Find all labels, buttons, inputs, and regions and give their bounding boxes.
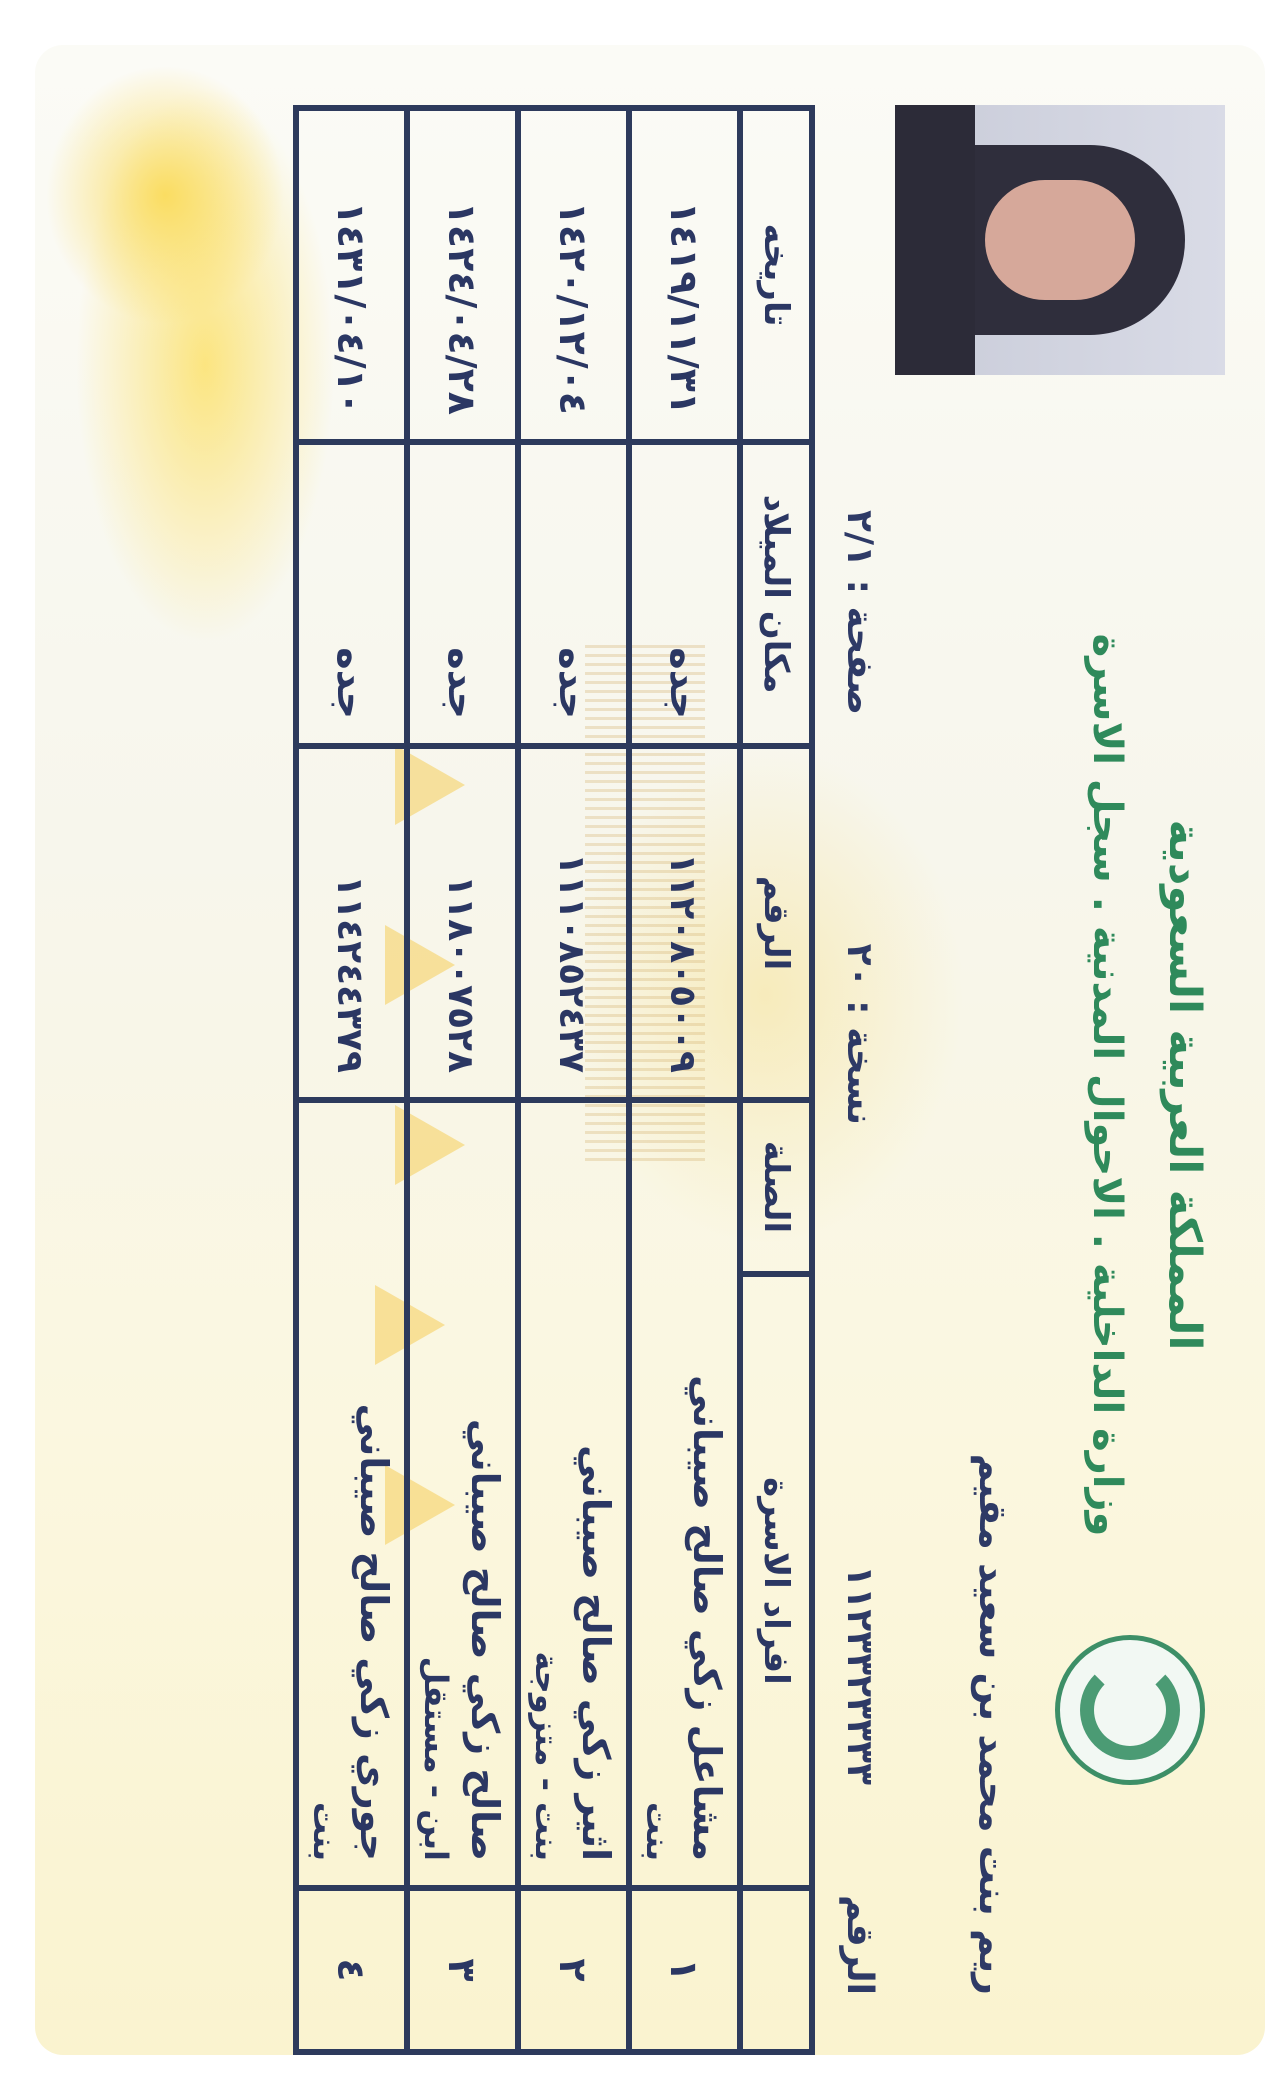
member-status: بنت - متزوجة <box>529 1127 567 1861</box>
registry-number: ١١٢٣٣٢٣٣٣٣ <box>839 1565 880 1785</box>
copy-value: ٢٠ <box>839 944 880 988</box>
member-birthplace: جده <box>629 442 740 746</box>
copy-label: نسخة : <box>839 1000 880 1125</box>
member-birth-date: ١٤٢٠/١٢/٠٤ <box>552 202 596 415</box>
family-members-table: افراد الاسرة الصلة الرقم مكان الميلاد تا… <box>293 105 815 2055</box>
member-birth-date: ١٤١٩/١١/٣١ <box>663 202 707 415</box>
header-family-members: افراد الاسرة <box>740 1274 812 1888</box>
member-id: ١١٤٢٤٤٣٧٩ <box>330 875 371 1073</box>
member-cell: جوري زكي صالح صيباني بنت <box>296 1100 407 1888</box>
row-seq: ٣ <box>407 1888 518 2052</box>
member-status: ابن - مستقل <box>418 1127 456 1861</box>
row-seq: ٤ <box>296 1888 407 2052</box>
ministry-title: وزارة الداخلية . الاحوال المدنية . سجل ا… <box>1084 555 1130 1615</box>
watermark <box>45 65 285 325</box>
family-record-card: المملكة العربية السعودية وزارة الداخلية … <box>35 45 1265 2055</box>
header-birth-date: تاريخه <box>740 108 812 442</box>
member-birthplace: جده <box>296 442 407 746</box>
record-meta: الرقم ١١٢٣٣٢٣٣٣٣ نسخة : ٢٠ صفحة : ٢/١ <box>820 105 880 1995</box>
header-relation: الصلة <box>740 1100 812 1274</box>
id-cell: ١١٤٢٤٤٣٧٩ <box>296 746 407 1100</box>
holder-photo <box>895 105 1225 375</box>
member-cell: مشاعل زكي صالح صيباني بنت <box>629 1100 740 1888</box>
saudi-emblem-icon <box>1055 1635 1205 1785</box>
member-name: جوري زكي صالح صيباني <box>353 1127 397 1861</box>
header-id-number: الرقم <box>740 746 812 1100</box>
country-title: المملكة العربية السعودية <box>1159 635 1210 1535</box>
copy-info: نسخة : ٢٠ <box>839 944 880 1125</box>
table-row: ١ مشاعل زكي صالح صيباني بنت ١١٢٠٨٠٥٠٠٩ ج… <box>629 108 740 2052</box>
member-cell: صالح زكي صالح صيباني ابن - مستقل <box>407 1100 518 1888</box>
id-cell: ١١٨٠٠٧٥٢٨ <box>407 746 518 1100</box>
member-relation: بنت <box>640 1127 678 1861</box>
row-seq: ١ <box>629 1888 740 2052</box>
member-id: ١١١٠٨٥٢٤٣٧ <box>552 853 593 1073</box>
page-value: ٢/١ <box>839 510 880 567</box>
date-cell: ١٤٢٠/١٢/٠٤ <box>518 108 629 442</box>
member-birth-date: ١٤٣١/٠٤/١٠ <box>330 202 374 415</box>
date-cell: ١٤٢٤/٠٤/٢٨ <box>407 108 518 442</box>
id-cell: ١١٢٠٨٠٥٠٠٩ <box>629 746 740 1100</box>
page-label: صفحة : <box>839 580 880 715</box>
header-birthplace: مكان الميلاد <box>740 442 812 746</box>
date-cell: ١٤١٩/١١/٣١ <box>629 108 740 442</box>
member-relation: بنت <box>307 1127 345 1861</box>
page-info: صفحة : ٢/١ <box>839 510 880 715</box>
member-birthplace: جده <box>518 442 629 746</box>
member-birthplace: جده <box>407 442 518 746</box>
member-name: مشاعل زكي صالح صيباني <box>686 1127 730 1861</box>
member-cell: اثير زكي صالح صيباني بنت - متزوجة <box>518 1100 629 1888</box>
holder-name: ريم بنت محمد بن سعيد مقيم <box>971 1454 1015 1995</box>
table-row: ٢ اثير زكي صالح صيباني بنت - متزوجة ١١١٠… <box>518 108 629 2052</box>
registry-label: الرقم <box>839 1895 880 1995</box>
member-id: ١١٨٠٠٧٥٢٨ <box>441 875 482 1073</box>
member-id: ١١٢٠٨٠٥٠٠٩ <box>663 853 704 1073</box>
header-seq <box>740 1888 812 2052</box>
row-seq: ٢ <box>518 1888 629 2052</box>
member-birth-date: ١٤٢٤/٠٤/٢٨ <box>441 202 485 415</box>
member-name: اثير زكي صالح صيباني <box>575 1127 619 1861</box>
member-name: صالح زكي صالح صيباني <box>464 1127 508 1861</box>
id-cell: ١١١٠٨٥٢٤٣٧ <box>518 746 629 1100</box>
table-row: ٣ صالح زكي صالح صيباني ابن - مستقل ١١٨٠٠… <box>407 108 518 2052</box>
table-header-row: افراد الاسرة الصلة الرقم مكان الميلاد تا… <box>740 108 812 2052</box>
date-cell: ١٤٣١/٠٤/١٠ <box>296 108 407 442</box>
table-row: ٤ جوري زكي صالح صيباني بنت ١١٤٢٤٤٣٧٩ جده… <box>296 108 407 2052</box>
